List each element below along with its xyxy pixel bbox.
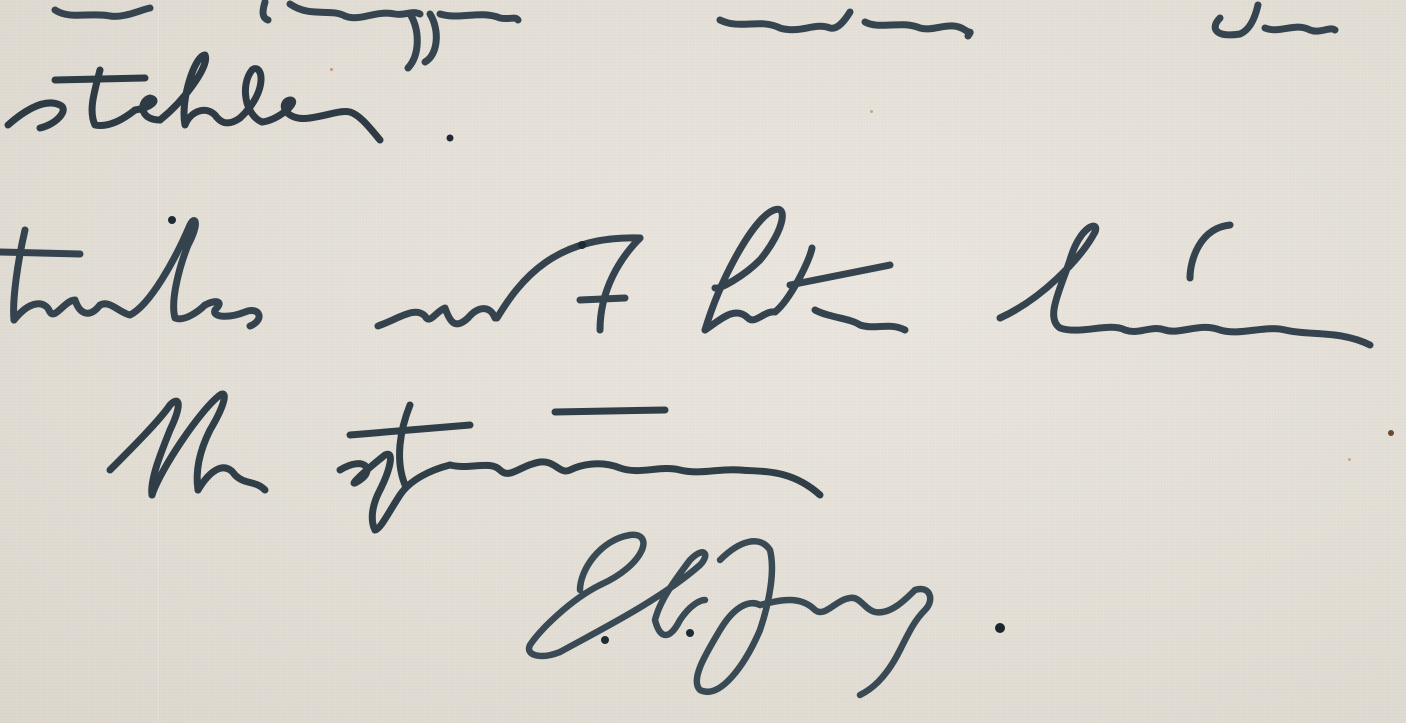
paper-stain: [870, 110, 873, 113]
paper-stain: [1348, 458, 1351, 461]
handwriting-ink: [0, 0, 1406, 723]
handwriting-line-3: [0, 209, 1370, 345]
paper-stain: [330, 68, 333, 71]
signature-cg-jung: [529, 535, 1005, 695]
handwriting-line-4: [110, 394, 820, 530]
paper-stain: [1388, 430, 1394, 436]
handwriting-line-2: [8, 55, 454, 142]
handwriting-line-1: [55, 2, 1335, 68]
letter-paper: …zu … knüpfen und mir die stehlen. …weil…: [0, 0, 1406, 723]
